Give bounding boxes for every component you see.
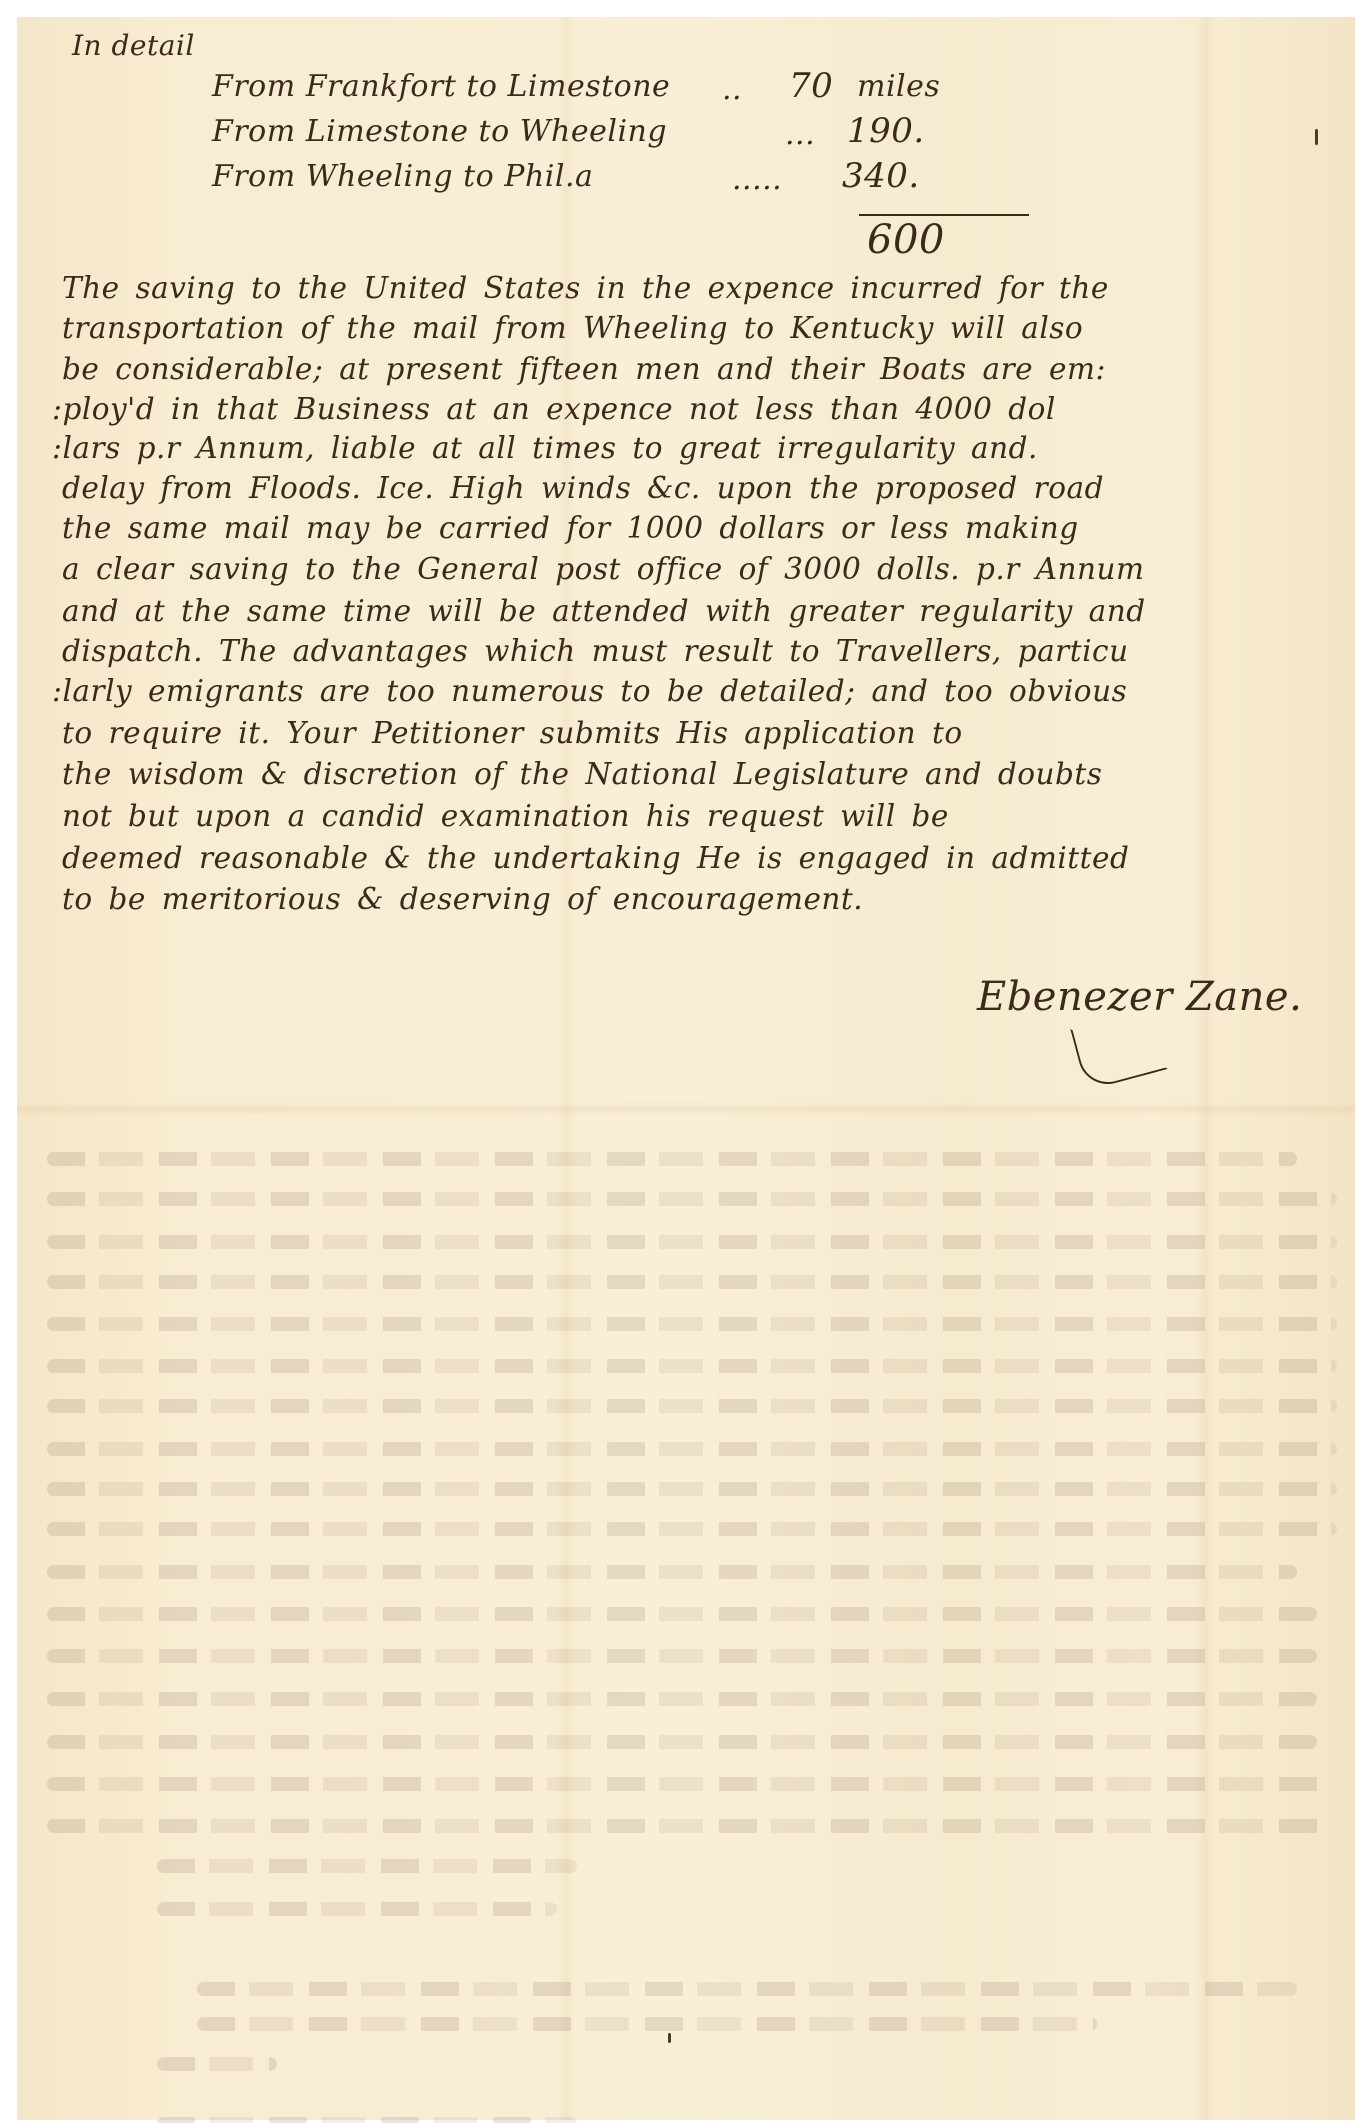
body-line: delay from Floods. Ice. High winds &c. u…	[62, 474, 1104, 504]
body-line: not but upon a candid examination his re…	[62, 802, 949, 832]
route-distance: 340.	[842, 159, 920, 193]
route-label: From Wheeling to Phil.a	[212, 162, 593, 192]
route-leader-dots: .....	[732, 165, 782, 195]
route-label: From Limestone to Wheeling	[212, 117, 667, 147]
document-page: In detail From Frankfort to Limestone ..…	[17, 17, 1355, 2120]
body-line: :larly emigrants are too numerous to be …	[52, 677, 1127, 707]
body-line: to be meritorious & deserving of encoura…	[62, 885, 863, 915]
body-line: dispatch. The advantages which must resu…	[62, 637, 1129, 667]
body-line: and at the same time will be attended wi…	[62, 597, 1146, 627]
route-distance: 70	[789, 69, 833, 103]
route-total: 600	[867, 220, 945, 260]
ink-speck	[668, 2033, 671, 2043]
paper-fold-vertical	[1197, 17, 1215, 2120]
body-line: :ploy'd in that Business at an expence n…	[52, 395, 1056, 425]
route-distance: 190.	[847, 114, 925, 148]
body-line: :lars p.r Annum, liable at all times to …	[52, 434, 1038, 464]
body-line: The saving to the United States in the e…	[62, 274, 1109, 304]
route-leader-dots: ..	[722, 75, 742, 105]
sum-rule	[859, 214, 1029, 216]
ink-speck	[1315, 129, 1318, 145]
route-unit: miles	[857, 72, 940, 102]
body-line: transportation of the mail from Wheeling…	[62, 314, 1083, 344]
body-line: be considerable; at present fifteen men …	[62, 355, 1106, 385]
route-leader-dots: ...	[785, 120, 815, 150]
body-line: deemed reasonable & the undertaking He i…	[62, 844, 1129, 874]
body-line: a clear saving to the General post offic…	[62, 555, 1145, 585]
heading-in-detail: In detail	[72, 32, 195, 60]
paper-fold-horizontal	[17, 1102, 1355, 1116]
body-line: to require it. Your Petitioner submits H…	[62, 719, 963, 749]
route-label: From Frankfort to Limestone	[212, 72, 670, 102]
body-line: the same mail may be carried for 1000 do…	[62, 514, 1079, 544]
body-line: the wisdom & discretion of the National …	[62, 760, 1102, 790]
